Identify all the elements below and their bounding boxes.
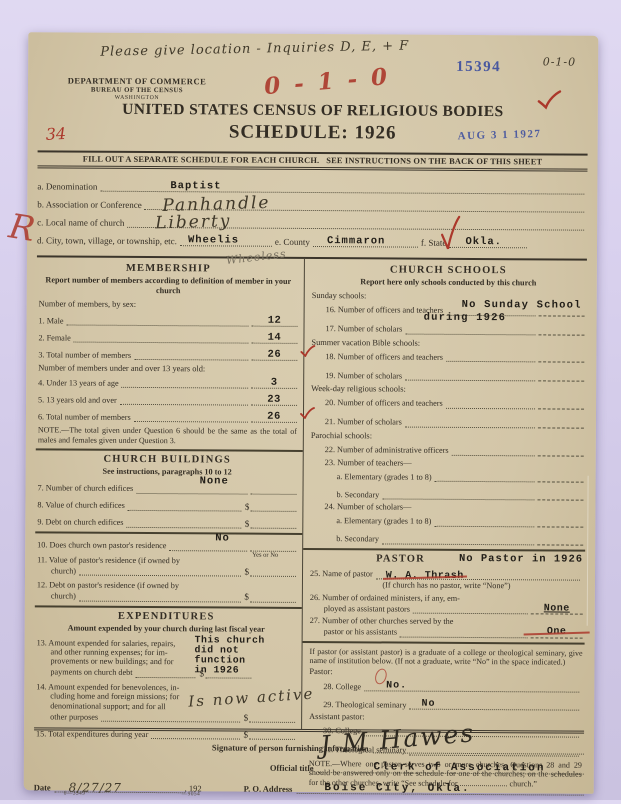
q29-row: 29. Theological seminary No [309, 698, 582, 711]
q27-label-line2: pastor or his assistants [324, 627, 398, 637]
q1-label: 1. Male [39, 316, 64, 326]
q19-row: 19. Number of scholars [311, 369, 584, 382]
pastor-typed-overlay: No Pastor in 1926 [459, 553, 583, 566]
q10-value: No [215, 532, 230, 544]
dollar-sign: $ [245, 501, 250, 511]
city-value: Wheelis [188, 234, 239, 246]
official-title-value: Clerk of Association [373, 761, 545, 774]
q20-answer-blank [538, 398, 584, 409]
q29-label: 29. Theological seminary [309, 700, 406, 710]
q20-label: 20. Number of officers and teachers [311, 398, 443, 408]
q16-row: 16. Number of officers and teachers No S… [312, 304, 585, 317]
form-number-right: —9054 [182, 791, 201, 797]
pastor-label: Pastor: [309, 667, 582, 678]
denomination-label: a. Denomination [37, 181, 97, 191]
q11-line2: church) $ [37, 565, 296, 578]
q14-label-line4: other purposes [50, 712, 98, 722]
dotted-leader [435, 471, 535, 483]
q26-row: 26. Number of ordained ministers, if any… [310, 593, 583, 615]
q3-value: 26 [251, 349, 297, 361]
q9-label: 9. Debt on church edifices [37, 518, 123, 528]
q12-line2: church) $ [37, 590, 296, 603]
q5-answer-blank: 23 [251, 395, 297, 406]
state-blank: Okla. [449, 236, 527, 248]
q12-answer-blank [250, 591, 296, 602]
section-divider [35, 531, 302, 535]
q2-row: 2. Female 14 [38, 332, 297, 345]
q25-value: W. A. Thrash [386, 570, 464, 581]
dotted-leader [128, 500, 241, 512]
q24a-row: a. Elementary (grades 1 to 8) [310, 515, 583, 528]
schools-subtitle: Report here only schools conducted by th… [312, 277, 585, 289]
q27-answer-blank: One [531, 627, 583, 638]
q27-row: 27. Number of other churches served by t… [310, 616, 583, 638]
q14-line4: other purposes $ [36, 710, 295, 723]
dollar-sign: $ [244, 567, 249, 577]
dotted-leader [382, 533, 534, 545]
q27-line2: pastor or his assistants One [310, 626, 583, 639]
q3-row: 3. Total number of members 26 [38, 349, 297, 362]
q23a-row: a. Elementary (grades 1 to 8) [311, 470, 584, 483]
dotted-leader: No [409, 699, 579, 711]
state-value: Okla. [465, 236, 502, 248]
q4-answer-blank: 3 [251, 378, 297, 389]
q10-row: 10. Does church own pastor's residence Y… [37, 539, 296, 552]
dotted-leader [134, 411, 248, 423]
q5-row: 5. 13 years old and over 23 [38, 393, 297, 406]
q21-answer-blank [538, 417, 584, 428]
q6-row: 6. Total number of members 26 [38, 410, 297, 423]
q28-label: 28. College [309, 682, 361, 692]
signature-row: Signature of person furnishing informati… [34, 739, 584, 754]
denomination-value: Baptist [170, 180, 221, 192]
red-checkmark-icon [439, 215, 461, 256]
dotted-leader: W. A. Thrash [376, 568, 580, 580]
q16-typed-overlay-line1: No Sunday School [462, 298, 582, 311]
q24b-answer-blank [537, 534, 583, 545]
identification-fields: a. Denomination Baptist b. Association o… [37, 168, 588, 256]
dotted-leader [405, 370, 535, 382]
association-label: b. Association or Conference [37, 199, 142, 210]
q26-line2: ployed as assistant pastors None [310, 602, 583, 615]
official-title-label: Official title [270, 763, 314, 773]
left-column: MEMBERSHIP Report number of members acco… [34, 257, 305, 729]
weekday-schools-group: Week-day religious schools: [311, 384, 584, 395]
field-denomination: a. Denomination Baptist [37, 179, 587, 194]
q6-label: 6. Total number of members [38, 412, 131, 422]
parochial-schools-group: Parochial schools: [311, 431, 584, 442]
q23b-row: b. Secondary [310, 488, 583, 501]
q1-answer-blank: 12 [252, 316, 298, 327]
dotted-leader [101, 711, 240, 723]
membership-note: NOTE.—The total given under Question 6 s… [38, 425, 297, 445]
city-label: d. City, town, village, or township, etc… [37, 235, 177, 246]
field-city-county-state: d. City, town, village, or township, etc… [37, 233, 587, 248]
q21-row: 21. Number of scholars [311, 416, 584, 429]
q7-answer-blank [251, 483, 297, 494]
members-by-age-group: Number of members under and over 13 year… [38, 364, 297, 375]
official-title-line: Clerk of Association [317, 761, 583, 775]
q18-row: 18. Number of officers and teachers [311, 350, 584, 363]
dollar-sign: $ [244, 592, 249, 602]
q3-answer-blank: 26 [251, 350, 297, 361]
q11-row: 11. Value of pastor's residence (if owne… [37, 555, 296, 577]
q24a-answer-blank [537, 516, 583, 527]
q12-row: 12. Debt on pastor's residence (if owned… [37, 581, 296, 603]
county-blank: Cimmaron [313, 235, 418, 248]
po-address-label: P. O. Address [244, 784, 293, 794]
q23b-answer-blank [537, 490, 583, 501]
q28-row: 28. College No. [309, 680, 582, 693]
buildings-subtitle: See instructions, paragraphs 10 to 12 [38, 466, 297, 477]
q7-value: None [200, 475, 229, 487]
blue-stamped-number: 15394 [456, 59, 501, 76]
q7-row: 7. Number of church edifices None [38, 482, 297, 495]
dotted-leader [405, 416, 535, 428]
q12-label-line2: church) [51, 592, 76, 602]
q26-value: None [527, 603, 587, 615]
dotted-leader [67, 315, 249, 327]
q10-answer-blank: Yes or No [250, 540, 296, 551]
handwritten-code-top-right: 0-1-0 [543, 55, 577, 68]
q11-answer-blank [250, 566, 296, 577]
section-divider [36, 448, 303, 452]
dollar-sign: $ [244, 712, 249, 722]
q24b-label: b. Secondary [310, 534, 379, 544]
q19-label: 19. Number of scholars [311, 371, 402, 381]
association-blank: Panhandle [145, 198, 585, 213]
dotted-leader [452, 444, 535, 456]
dotted-leader [400, 626, 528, 638]
county-value: Cimmaron [327, 235, 385, 247]
denomination-blank: Baptist [100, 180, 584, 195]
po-address-line: Boise City, Okla. [296, 782, 583, 796]
q9-row: 9. Debt on church edifices $ [37, 516, 296, 529]
q27-value: One [527, 626, 587, 638]
q8-row: 8. Value of church edifices $ [37, 499, 296, 512]
church-name-value: Liberty [155, 211, 232, 233]
q21-label: 21. Number of scholars [311, 417, 402, 427]
q2-answer-blank: 14 [251, 333, 297, 344]
red-handwritten-code: 0 - 1 - 0 [263, 63, 391, 100]
q22-answer-blank [538, 445, 584, 456]
membership-subtitle: Report number of members according to de… [39, 275, 298, 296]
q5-value: 23 [251, 394, 297, 406]
q17-label: 17. Number of scholars [311, 324, 402, 334]
dotted-leader [126, 517, 240, 529]
q4-value: 3 [251, 377, 297, 389]
q2-value: 14 [251, 332, 297, 344]
q26-answer-blank: None [531, 604, 583, 615]
date-label: Date [34, 782, 51, 792]
q25-label: 25. Name of pastor [310, 569, 373, 579]
dotted-leader [413, 603, 528, 615]
q20-row: 20. Number of officers and teachers [311, 397, 584, 410]
q10-label: 10. Does church own pastor's residence [37, 541, 166, 551]
dotted-leader [134, 349, 248, 361]
q5-label: 5. 13 years old and over [38, 395, 117, 405]
q6-value: 26 [251, 411, 297, 423]
q13-overlay-line4: in 1926 [194, 666, 264, 677]
dotted-leader [446, 398, 535, 410]
q8-answer-blank [250, 500, 296, 511]
graduate-note: If pastor (or assistant pastor) is a gra… [309, 647, 582, 668]
q19-answer-blank [538, 371, 584, 382]
q3-label: 3. Total number of members [38, 350, 131, 360]
city-blank: Wheelis [180, 234, 272, 247]
buildings-title: CHURCH BUILDINGS [38, 453, 297, 467]
dotted-leader [434, 516, 534, 528]
q22-label: 22. Number of administrative officers [311, 445, 449, 455]
q13-label-line4: payments on church debt [50, 668, 132, 678]
received-date-stamp: AUG 3 1 1927 [458, 128, 542, 142]
q16-typed-overlay-line2: during 1926 [424, 311, 507, 324]
field-association: b. Association or Conference Panhandle [37, 197, 587, 212]
official-title-row: Official title Clerk of Association [34, 759, 584, 774]
membership-title: MEMBERSHIP [39, 262, 298, 276]
section-divider [303, 548, 585, 552]
q4-label: 4. Under 13 years of age [38, 378, 119, 388]
schools-title: CHURCH SCHOOLS [312, 264, 585, 278]
q1-row: 1. Male 12 [39, 315, 298, 328]
q24b-row: b. Secondary [310, 533, 583, 546]
expenditures-subtitle: Amount expended by your church during la… [37, 623, 296, 634]
dotted-leader [169, 540, 247, 551]
q24-label: 24. Number of scholars— [310, 502, 583, 513]
q1-value: 12 [252, 315, 298, 327]
dotted-leader [136, 483, 247, 495]
dotted-leader [79, 590, 241, 602]
q9-answer-blank [250, 517, 296, 528]
field-church-name: c. Local name of church Liberty [37, 215, 587, 230]
q23a-label: a. Elementary (grades 1 to 8) [311, 472, 432, 482]
q13-typed-overlay: This church did not function in 1926 [194, 635, 264, 677]
dotted-leader [135, 667, 195, 678]
pastor-title-text: PASTOR [376, 553, 425, 564]
q11-label-line2: church) [51, 566, 76, 576]
q13-row: 13. Amount expended for salaries, repair… [36, 638, 295, 679]
q23b-label: b. Secondary [310, 490, 379, 500]
q4-row: 4. Under 13 years of age 3 [38, 376, 297, 389]
q25-row: 25. Name of pastor W. A. Thrash [310, 568, 583, 581]
expenditures-title: EXPENDITURES [37, 610, 296, 624]
form-columns: Wheeless MEMBERSHIP Report number of mem… [34, 255, 587, 730]
handwritten-top-note: Please give location - Inquiries D, E, +… [100, 39, 409, 60]
form-content: Please give location - Inquiries D, E, +… [24, 32, 599, 793]
q23-label: 23. Number of teachers— [311, 458, 584, 469]
q2-label: 2. Female [38, 333, 70, 343]
date-address-row: Date 8/27/27 , 192 P. O. Address Boise C… [34, 780, 584, 795]
agency-block: DEPARTMENT OF COMMERCE BUREAU OF THE CEN… [62, 76, 212, 101]
q17-row: 17. Number of scholars [311, 323, 584, 336]
q14-answer-blank [249, 712, 295, 723]
section-divider [303, 641, 585, 645]
county-label: e. County [275, 237, 310, 247]
q7-label: 7. Number of church edifices [38, 484, 134, 494]
q17-answer-blank [538, 324, 584, 335]
q6-answer-blank: 26 [251, 412, 297, 423]
q23a-answer-blank [538, 472, 584, 483]
pastor-title: PASTOR No Pastor in 1926 [310, 553, 583, 567]
section-divider [35, 605, 302, 609]
right-column: CHURCH SCHOOLS Report here only schools … [302, 259, 587, 731]
q8-label: 8. Value of church edifices [37, 501, 124, 511]
form-footer: J M Hawes Signature of person furnishing… [34, 727, 584, 800]
dotted-leader: No. [364, 680, 579, 692]
census-form-paper: R Please give location - Inquiries D, E,… [24, 32, 599, 793]
dotted-leader [405, 323, 535, 335]
dotted-leader [79, 565, 241, 577]
q29-value: No [421, 698, 435, 710]
church-name-label: c. Local name of church [37, 217, 124, 228]
summer-schools-group: Summer vacation Bible schools: [311, 338, 584, 349]
q26-label-line2: ployed as assistant pastors [324, 604, 410, 614]
q24a-label: a. Elementary (grades 1 to 8) [310, 516, 431, 526]
dotted-leader [446, 351, 535, 363]
q18-label: 18. Number of officers and teachers [311, 352, 443, 362]
church-name-blank: Liberty [127, 216, 584, 231]
form-title: UNITED STATES CENSUS OF RELIGIOUS BODIES [38, 100, 588, 121]
dotted-leader [122, 377, 249, 389]
dotted-leader [382, 489, 534, 501]
members-by-sex-group: Number of members, by sex: [39, 299, 298, 310]
form-header: Please give location - Inquiries D, E, +… [38, 38, 589, 153]
dotted-leader [74, 332, 249, 344]
form-number-left: 6—3349 [64, 790, 86, 796]
q18-answer-blank [538, 352, 584, 363]
dotted-leader [120, 394, 248, 406]
department-name: DEPARTMENT OF COMMERCE [62, 76, 212, 87]
dollar-sign: $ [245, 518, 250, 528]
red-number-annotation: 34 [45, 124, 66, 144]
q22-row: 22. Number of administrative officers [311, 444, 584, 457]
q28-value: No. [386, 680, 407, 692]
po-address-value: Boise City, Okla. [324, 782, 470, 795]
q14-row: 14. Amount expended for benevolences, in… [36, 682, 295, 723]
